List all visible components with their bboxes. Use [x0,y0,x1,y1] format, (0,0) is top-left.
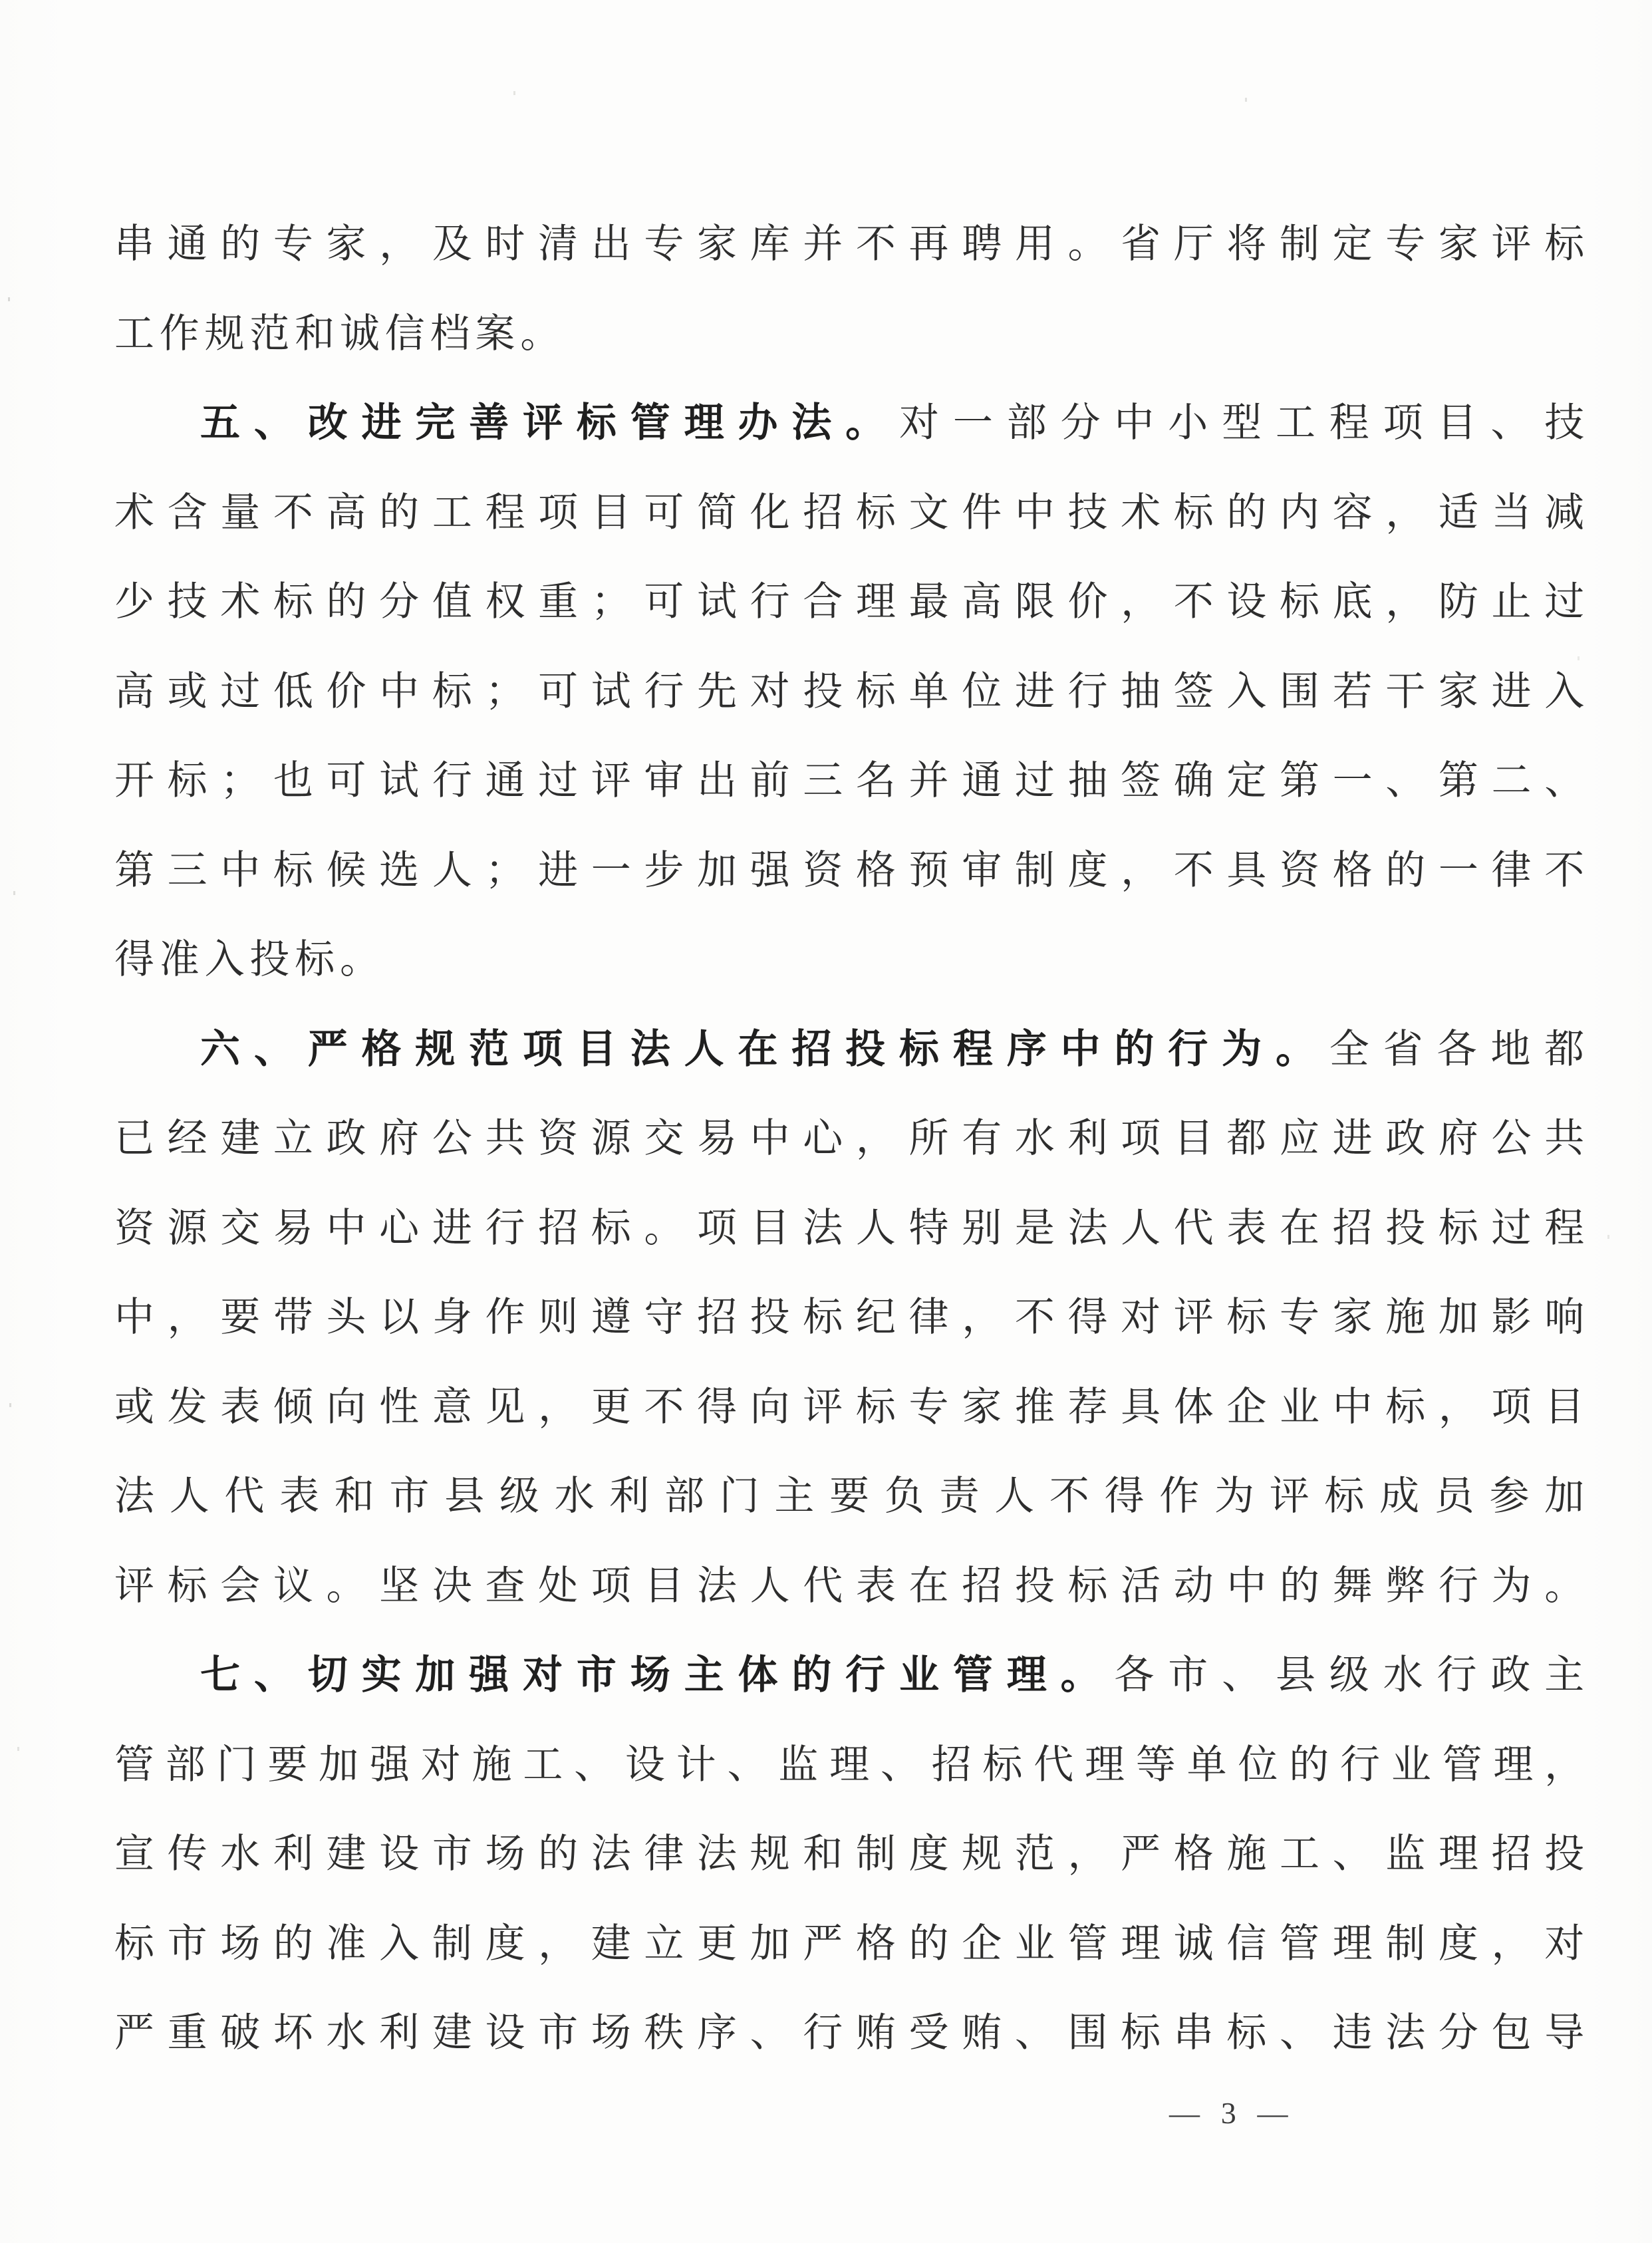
text-line: 中，要带头以身作则遵守招投标纪律，不得对评标专家施加影响 [114,1273,1589,1363]
text-line: 高或过低价中标；可试行先对投标单位进行抽签入围若干家进入 [114,647,1589,737]
text-line: 评标会议。坚决查处项目法人代表在招投标活动中的舞弊行为。 [114,1541,1589,1631]
section-heading-line-7: 七、切实加强对市场主体的行业管理。各市、县级水行政主 [114,1631,1589,1720]
section-6-heading: 六、严格规范项目法人在招投标程序中的行为。 [200,1027,1329,1071]
text-line: 标市场的准入制度，建立更加严格的企业管理诚信管理制度，对 [114,1899,1589,1989]
section-5-heading: 五、改进完善评标管理办法。 [200,400,899,445]
scan-speckles [8,297,10,301]
text-line: 开标；也可试行通过评审出前三名并通过抽签确定第一、第二、 [114,736,1589,826]
page-number: — 3 — [1169,2093,1295,2133]
text-line: 第三中标候选人；进一步加强资格预审制度，不具资格的一律不 [114,826,1589,916]
text-line: 少技术标的分值权重；可试行合理最高限价，不设标底，防止过 [114,557,1589,647]
scanned-document-page: 串通的专家，及时清出专家库并不再聘用。省厅将制定专家评标 工作规范和诚信档案。 … [0,0,1652,2243]
text-line: 宣传水利建设市场的法律法规和制度规范，严格施工、监理招投 [114,1809,1589,1899]
text-line: 管部门要加强对施工、设计、监理、招标代理等单位的行业管理， [114,1720,1589,1810]
section-heading-line-5: 五、改进完善评标管理办法。对一部分中小型工程项目、技 [114,378,1589,468]
text-line: 已经建立政府公共资源交易中心，所有水利项目都应进政府公共 [114,1094,1589,1184]
text-line: 严重破坏水利建设市场秩序、行贿受贿、围标串标、违法分包导 [114,1988,1589,2078]
document-text-block: 串通的专家，及时清出专家库并不再聘用。省厅将制定专家评标 工作规范和诚信档案。 … [114,199,1589,2078]
section-7-heading: 七、切实加强对市场主体的行业管理。 [200,1652,1114,1697]
text-line: 或发表倾向性意见，更不得向评标专家推荐具体企业中标，项目 [114,1363,1589,1452]
text-line: 串通的专家，及时清出专家库并不再聘用。省厅将制定专家评标 [114,199,1589,289]
text-line: 术含量不高的工程项目可简化招标文件中技术标的内容，适当减 [114,468,1589,558]
text-line: 工作规范和诚信档案。 [114,289,1589,379]
section-heading-line-6: 六、严格规范项目法人在招投标程序中的行为。全省各地都 [114,1005,1589,1095]
text-line: 法人代表和市县级水利部门主要负责人不得作为评标成员参加 [114,1452,1589,1541]
text-line: 资源交易中心进行招标。项目法人特别是法人代表在招投标过程 [114,1184,1589,1273]
text-line: 得准入投标。 [114,915,1589,1005]
